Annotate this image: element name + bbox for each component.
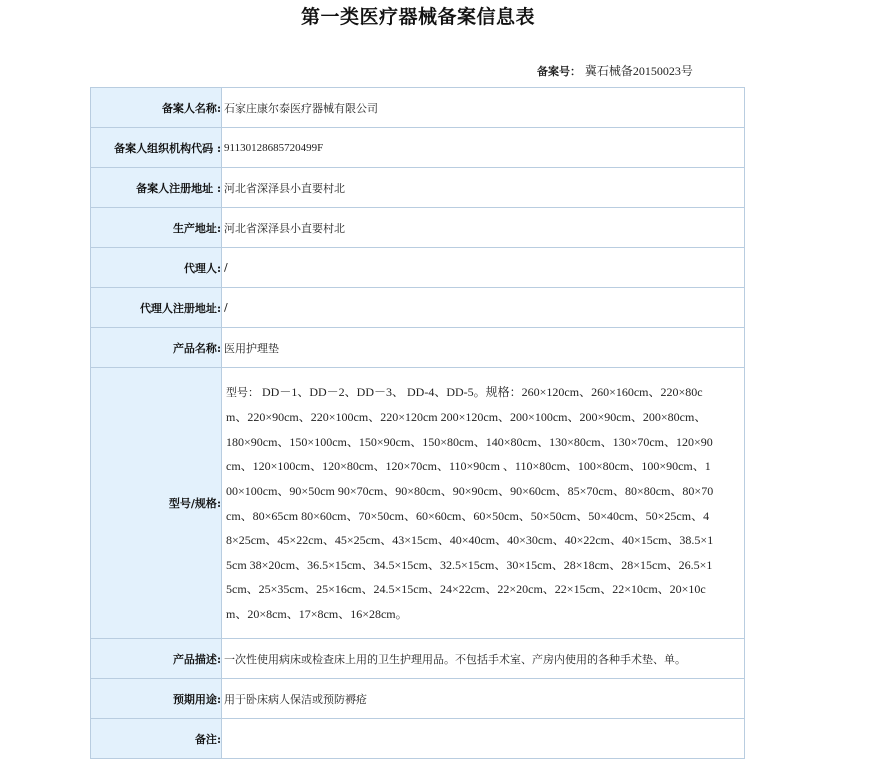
label-agent: 代理人: bbox=[91, 248, 222, 288]
label-intended-use: 预期用途: bbox=[91, 679, 222, 719]
table-row-model-spec: 型号/规格: 型号： DD－1、DD－2、DD－3、 DD-4、DD-5。规格：… bbox=[91, 368, 745, 639]
page-title: 第一类医疗器械备案信息表 bbox=[0, 2, 836, 29]
label-product-name: 产品名称: bbox=[91, 328, 222, 368]
label-production-address: 生产地址: bbox=[91, 208, 222, 248]
record-number-label: 备案号： bbox=[537, 65, 581, 78]
value-filer-address: 河北省深泽县小直要村北 bbox=[222, 168, 745, 208]
value-model-spec: 型号： DD－1、DD－2、DD－3、 DD-4、DD-5。规格：260×120… bbox=[222, 368, 745, 639]
table-row-filer-name: 备案人名称: 石家庄康尔泰医疗器械有限公司 bbox=[91, 88, 745, 128]
record-number: 备案号： 冀石械备20150023号 bbox=[537, 62, 693, 79]
label-product-description: 产品描述: bbox=[91, 639, 222, 679]
value-remarks bbox=[222, 719, 745, 759]
value-product-name: 医用护理垫 bbox=[222, 328, 745, 368]
label-org-code: 备案人组织机构代码 : bbox=[91, 128, 222, 168]
record-number-value: 冀石械备20150023号 bbox=[585, 64, 693, 78]
label-remarks: 备注: bbox=[91, 719, 222, 759]
label-filer-address: 备案人注册地址 : bbox=[91, 168, 222, 208]
table-row-filer-address: 备案人注册地址 : 河北省深泽县小直要村北 bbox=[91, 168, 745, 208]
value-org-code: 91130128685720499F bbox=[222, 128, 745, 168]
table-row-agent-address: 代理人注册地址: / bbox=[91, 288, 745, 328]
label-model-spec: 型号/规格: bbox=[91, 368, 222, 639]
table-row-intended-use: 预期用途: 用于卧床病人保洁或预防褥疮 bbox=[91, 679, 745, 719]
table-row-production-address: 生产地址: 河北省深泽县小直要村北 bbox=[91, 208, 745, 248]
table-row-agent: 代理人: / bbox=[91, 248, 745, 288]
label-filer-name: 备案人名称: bbox=[91, 88, 222, 128]
value-agent: / bbox=[222, 248, 745, 288]
value-intended-use: 用于卧床病人保洁或预防褥疮 bbox=[222, 679, 745, 719]
info-table: 备案人名称: 石家庄康尔泰医疗器械有限公司 备案人组织机构代码 : 911301… bbox=[90, 87, 745, 758]
table-row-product-name: 产品名称: 医用护理垫 bbox=[91, 328, 745, 368]
label-agent-address: 代理人注册地址: bbox=[91, 288, 222, 328]
table-row-org-code: 备案人组织机构代码 : 91130128685720499F bbox=[91, 128, 745, 168]
table-row-product-description: 产品描述: 一次性使用病床或检查床上用的卫生护理用品。不包括手术室、产房内使用的… bbox=[91, 639, 745, 679]
value-agent-address: / bbox=[222, 288, 745, 328]
table-row-remarks: 备注: bbox=[91, 719, 745, 759]
value-filer-name: 石家庄康尔泰医疗器械有限公司 bbox=[222, 88, 745, 128]
value-production-address: 河北省深泽县小直要村北 bbox=[222, 208, 745, 248]
value-product-description: 一次性使用病床或检查床上用的卫生护理用品。不包括手术室、产房内使用的各种手术垫、… bbox=[222, 639, 745, 679]
